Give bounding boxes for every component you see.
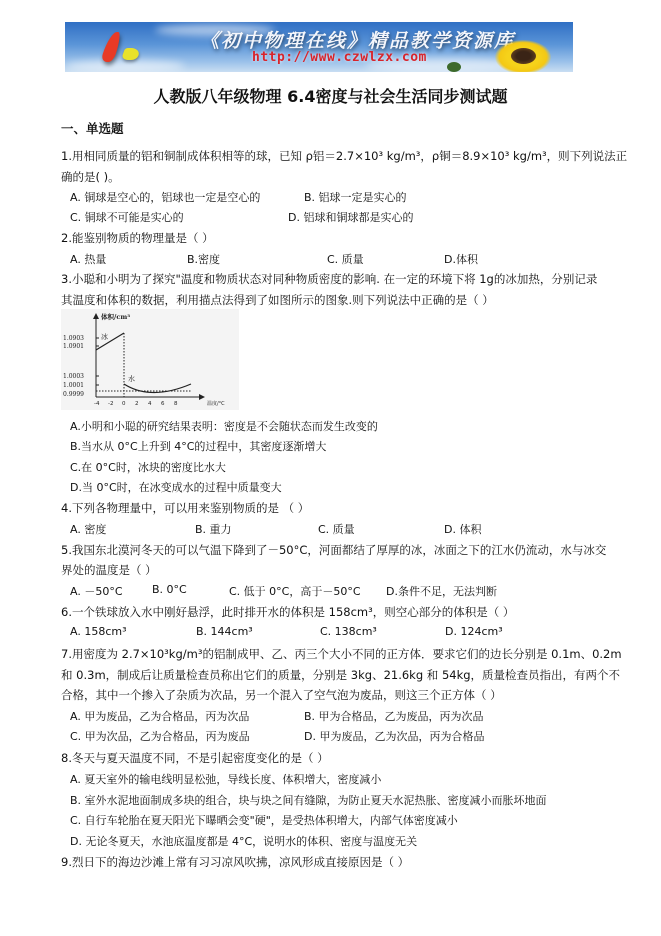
question-8-option-b[interactable]: B. 室外水泥地面制成多块的组合，块与块之间有缝隙，为防止夏天水泥热胀、密度减小… (70, 792, 547, 808)
question-8-option-d[interactable]: D. 无论冬夏天，水池底温度都是 4°C，说明水的体积、密度与温度无关 (70, 833, 417, 849)
svg-text:水: 水 (128, 374, 135, 383)
question-2-option-b[interactable]: B.密度 (187, 251, 220, 267)
section-heading: 一、单选题 (61, 119, 124, 137)
logo-icon (100, 32, 123, 62)
question-1-option-b[interactable]: B. 铝球一定是实心的 (304, 189, 407, 205)
question-5-option-a[interactable]: A. －50°C (70, 583, 123, 599)
question-8-option-c[interactable]: C. 自行车轮胎在夏天阳光下曝晒会变"硬"，是受热体积增大，内部气体密度减小 (70, 812, 458, 828)
svg-text:1.0003: 1.0003 (63, 373, 84, 380)
volume-temperature-chart: 1.0903 1.0901 1.0003 1.0001 0.9999 体积/cm… (61, 309, 239, 410)
question-6-line-1: 6.一个铁球放入水中刚好悬浮，此时排开水的体积是 158cm³，则空心部分的体积… (61, 604, 514, 620)
question-1-option-a[interactable]: A. 铜球是空心的，铝球也一定是空心的 (70, 189, 260, 205)
leaf-decoration (447, 62, 461, 72)
question-2-option-a[interactable]: A. 热量 (70, 251, 106, 267)
question-5-line-2: 界处的温度是（ ） (61, 562, 157, 578)
question-1-option-d[interactable]: D. 铝球和铜球都是实心的 (288, 209, 413, 225)
question-1-line-2: 确的是( )。 (61, 169, 120, 185)
svg-text:0: 0 (122, 401, 126, 407)
question-4-option-d[interactable]: D. 体积 (444, 521, 481, 537)
question-4-option-b[interactable]: B. 重力 (195, 521, 232, 537)
svg-text:2: 2 (135, 401, 139, 407)
question-6-option-b[interactable]: B. 144cm³ (196, 625, 253, 638)
svg-text:8: 8 (174, 401, 178, 407)
question-3-option-c[interactable]: C.在 0°C时，冰块的密度比水大 (70, 459, 226, 475)
question-7-line-1: 7.用密度为 2.7×10³kg/m³的铝制成甲、乙、丙三个大小不同的正方体．要… (61, 646, 622, 662)
svg-text:-4: -4 (94, 401, 100, 407)
svg-text:1.0001: 1.0001 (63, 382, 84, 389)
question-1-line-1: 1.用相同质量的铝和铜制成体积相等的球，已知 ρ铝＝2.7×10³ kg/m³，… (61, 148, 627, 164)
question-8-line-1: 8.冬天与夏天温度不同，不是引起密度变化的是（ ） (61, 750, 329, 766)
question-5-option-d[interactable]: D.条件不足，无法判断 (386, 583, 497, 599)
question-5-option-b[interactable]: B. 0°C (152, 583, 187, 596)
question-5-line-1: 5.我国东北漠河冬天的可以气温下降到了－50°C，河面都结了厚厚的冰，冰面之下的… (61, 542, 606, 558)
question-6-option-c[interactable]: C. 138cm³ (320, 625, 377, 638)
svg-text:温度/°C: 温度/°C (207, 400, 225, 407)
question-3-option-d[interactable]: D.当 0°C时，在冰变成水的过程中质量变大 (70, 479, 282, 495)
question-4-option-a[interactable]: A. 密度 (70, 521, 106, 537)
question-7-option-b[interactable]: B. 甲为合格品，乙为废品，丙为次品 (304, 708, 484, 724)
question-5-option-c[interactable]: C. 低于 0°C，高于－50°C (229, 583, 361, 599)
cloud-decoration (65, 60, 185, 72)
question-2-line-1: 2.能鉴别物质的物理量是（ ） (61, 230, 214, 246)
logo-icon-accent (121, 48, 141, 60)
question-3-line-2: 其温度和体积的数据，利用描点法得到了如图所示的图象.则下列说法中正确的是（ ） (61, 292, 494, 308)
question-6-option-d[interactable]: D. 124cm³ (445, 625, 503, 638)
question-3-line-1: 3.小聪和小明为了探究"温度和物质状态对同种物质密度的影响. 在一定的环境下将 … (61, 271, 597, 287)
question-2-option-c[interactable]: C. 质量 (327, 251, 364, 267)
svg-text:1.0903: 1.0903 (63, 335, 84, 342)
question-9-line-1: 9.烈日下的海边沙滩上常有习习凉风吹拂，凉风形成直接原因是（ ） (61, 854, 409, 870)
question-7-option-a[interactable]: A. 甲为废品，乙为合格品，丙为次品 (70, 708, 249, 724)
question-1-option-c[interactable]: C. 铜球不可能是实心的 (70, 209, 184, 225)
svg-text:6: 6 (161, 401, 165, 407)
question-7-line-3: 合格，其中一个掺入了杂质为次品，另一个混入了空气泡为废品，则这三个正方体（ ） (61, 687, 502, 703)
question-3-option-b[interactable]: B.当水从 0°C上升到 4°C的过程中，其密度逐渐增大 (70, 438, 326, 454)
svg-text:0.9999: 0.9999 (63, 391, 84, 398)
question-6-option-a[interactable]: A. 158cm³ (70, 625, 127, 638)
banner-url: http://www.czwlzx.com (252, 50, 427, 65)
document-title: 人教版八年级物理 6.4密度与社会生活同步测试题 (0, 84, 661, 107)
question-8-option-a[interactable]: A. 夏天室外的输电线明显松弛，导线长度、体积增大，密度减小 (70, 771, 381, 787)
question-3-option-a[interactable]: A.小明和小聪的研究结果表明：密度是不会随状态而发生改变的 (70, 418, 378, 434)
svg-text:-2: -2 (108, 401, 113, 407)
question-4-line-1: 4.下列各物理量中，可以用来鉴别物质的是 （ ） (61, 500, 309, 516)
sunflower-icon (495, 40, 551, 72)
header-banner: 《初中物理在线》精品教学资源库 http://www.czwlzx.com (65, 22, 573, 72)
question-4-option-c[interactable]: C. 质量 (318, 521, 355, 537)
svg-text:体积/cm³: 体积/cm³ (101, 312, 130, 321)
question-7-option-d[interactable]: D. 甲为废品，乙为次品，丙为合格品 (304, 728, 484, 744)
banner-title: 《初中物理在线》精品教学资源库 (200, 26, 515, 53)
svg-text:冰: 冰 (101, 332, 108, 341)
svg-text:4: 4 (148, 401, 152, 407)
svg-text:1.0901: 1.0901 (63, 343, 84, 350)
chart-svg: 1.0903 1.0901 1.0003 1.0001 0.9999 体积/cm… (61, 309, 239, 410)
question-7-option-c[interactable]: C. 甲为次品，乙为合格品，丙为废品 (70, 728, 250, 744)
question-2-option-d[interactable]: D.体积 (444, 251, 478, 267)
question-7-line-2: 和 0.3m，制成后让质量检查员称出它们的质量，分别是 3kg、21.6kg 和… (61, 667, 620, 683)
